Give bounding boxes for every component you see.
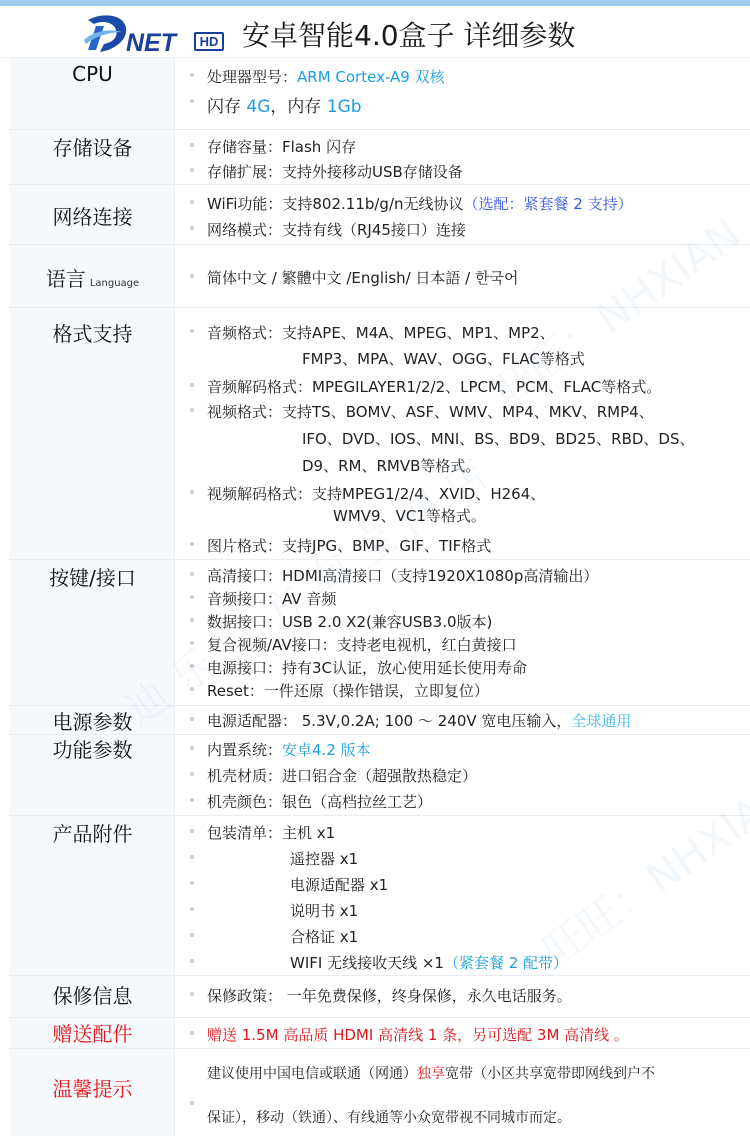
label-warranty: 保修信息 xyxy=(10,980,175,1009)
bullet-icon xyxy=(190,992,194,996)
spec-text: 遥控器 x1 xyxy=(290,848,358,869)
brand-logo: NET HD xyxy=(82,10,230,58)
label-storage: 存储设备 xyxy=(10,132,175,161)
spec-text: 支持JPG、BMP、GIF、TIF格式 xyxy=(282,537,491,555)
bullet-icon xyxy=(190,595,194,599)
bullet-icon xyxy=(190,99,194,103)
spec-text: 数据接口：USB 2.0 X2(兼容USB3.0版本) xyxy=(207,611,492,632)
page-title: 安卓智能4.0盒子 详细参数 xyxy=(242,14,575,54)
row-label: 存储设备 xyxy=(10,130,175,184)
label-network: 网络连接 xyxy=(10,201,175,230)
row-label: 按键/接口 xyxy=(10,560,175,705)
spec-text: WiFi功能：支持802.11b/g/n无线协议 xyxy=(207,195,464,213)
spec-text: 电源适配器： 5.3V,0.2A; 100 ～ 240V 宽电压输入， xyxy=(207,712,571,730)
label-ports: 按键/接口 xyxy=(10,562,175,591)
option-note: （选配：紧套餐 2 支持） xyxy=(464,195,633,213)
spec-key: 音频格式： xyxy=(207,324,282,342)
spec-text: 存储扩展：支持外接移动USB存储设备 xyxy=(207,161,463,182)
spec-text: 音频接口：AV 音频 xyxy=(207,588,336,609)
bullet-icon xyxy=(190,907,194,911)
spec-text: 复合视频/AV接口：支持老电视机，红白黄接口 xyxy=(207,634,517,655)
bullet-icon xyxy=(190,717,194,721)
label-gift: 赠送配件 xyxy=(10,1018,175,1047)
spec-row-function: 功能参数 内置系统：安卓4.2 版本 机壳材质：进口铝合金（超强散热稳定） 机壳… xyxy=(10,735,750,816)
spec-text: 支持TS、BOMV、ASF、WMV、MP4、MKV、RMP4、 xyxy=(282,403,654,421)
label-formats: 格式支持 xyxy=(10,318,175,347)
spec-text: 支持APE、M4A、MPEG、MP1、MP2、 xyxy=(282,324,555,342)
bullet-icon xyxy=(190,772,194,776)
bullet-icon xyxy=(190,798,194,802)
spec-text-continued: IFO、DVD、IOS、MNI、BS、BD9、BD25、RBD、DS、 xyxy=(302,428,695,449)
label-power: 电源参数 xyxy=(10,706,175,735)
bullet-icon xyxy=(190,1101,194,1105)
spec-key: 包装清单： xyxy=(207,824,282,842)
bullet-icon xyxy=(190,490,194,494)
bullet-icon xyxy=(190,746,194,750)
label-language: 语言 xyxy=(46,267,86,291)
ram-value: 1Gb xyxy=(327,97,362,117)
option-note: （紧套餐 2 配带） xyxy=(444,954,568,972)
bullet-icon xyxy=(190,274,194,278)
spec-row-network: 网络连接 WiFi功能：支持802.11b/g/n无线协议（选配：紧套餐 2 支… xyxy=(10,185,750,245)
bullet-icon xyxy=(190,572,194,576)
bullet-icon xyxy=(190,73,194,77)
label-tips: 温馨提示 xyxy=(10,1073,175,1102)
spec-row-gift: 赠送配件 赠送 1.5M 高品质 HDMI 高清线 1 条，另可选配 3M 高清… xyxy=(10,1018,750,1049)
label-accessories: 产品附件 xyxy=(10,818,175,847)
tips-text: 宽带（小区共享宽带即网线到户不 xyxy=(445,1066,655,1082)
spec-key: 图片格式： xyxy=(207,537,282,555)
spec-key: 内置系统： xyxy=(207,741,282,759)
bullet-icon xyxy=(190,855,194,859)
spec-value: 安卓4.2 版本 xyxy=(282,741,371,759)
bullet-icon xyxy=(190,168,194,172)
bullet-icon xyxy=(190,1031,194,1035)
tips-line-1: 建议使用中国电信或联通（网通）独享宽带（小区共享宽带即网线到户不 xyxy=(207,1063,655,1083)
spec-text-continued: D9、RM、RMVB等格式。 xyxy=(302,455,480,476)
label-language-en: Language xyxy=(90,278,139,289)
spec-text: 电源接口：持有3C认证，放心使用延长使用寿命 xyxy=(207,657,527,678)
spec-text: 机壳材质：进口铝合金（超强散热稳定） xyxy=(207,765,477,786)
spec-text: 存储容量：Flash 闪存 xyxy=(207,136,356,157)
row-label: 温馨提示 xyxy=(10,1049,175,1136)
d-swoosh-logo-icon xyxy=(82,10,130,58)
bullet-icon xyxy=(190,383,194,387)
logo-hd-badge: HD xyxy=(194,32,224,51)
tips-highlight: 独享 xyxy=(417,1066,445,1082)
bullet-icon xyxy=(190,664,194,668)
spec-value: ARM Cortex-A9 双核 xyxy=(297,68,445,86)
spec-text: 网络模式：支持有线（RJ45接口）连接 xyxy=(207,219,466,240)
spec-key: 视频解码格式： xyxy=(207,485,312,503)
label-cpu: CPU xyxy=(10,62,175,86)
row-label: 赠送配件 xyxy=(10,1018,175,1048)
flash-value: 4G xyxy=(246,97,270,117)
spec-key: 视频格式： xyxy=(207,403,282,421)
spec-text: 合格证 x1 xyxy=(290,926,358,947)
spec-row-power: 电源参数 电源适配器： 5.3V,0.2A; 100 ～ 240V 宽电压输入，… xyxy=(10,706,750,735)
bullet-icon xyxy=(190,959,194,963)
spec-text: Reset：一件还原（操作错误，立即复位） xyxy=(207,680,489,701)
spec-row-formats: 格式支持 音频格式：支持APE、M4A、MPEG、MP1、MP2、 FMP3、M… xyxy=(10,308,750,560)
row-label: 保修信息 xyxy=(10,976,175,1017)
page-header: NET HD 安卓智能4.0盒子 详细参数 xyxy=(0,6,750,58)
bullet-icon xyxy=(190,200,194,204)
spec-text: 支持MPEG1/2/4、XVID、H264、 xyxy=(312,485,545,503)
spec-text: 简体中文 / 繁體中文 /English/ 日本語 / 한국어 xyxy=(207,267,518,288)
row-label: 产品附件 xyxy=(10,816,175,975)
spec-text: 保修政策： 一年免费保修，终身保修，永久电话服务。 xyxy=(207,985,572,1006)
row-label: 网络连接 xyxy=(10,185,175,244)
row-label: 功能参数 xyxy=(10,735,175,815)
bullet-icon xyxy=(190,329,194,333)
logo-text: NET xyxy=(126,29,176,58)
spec-text: MPEGILAYER1/2/2、LPCM、PCM、FLAC等格式。 xyxy=(312,378,661,396)
spec-row-cpu: CPU 处理器型号：ARM Cortex-A9 双核 闪存 4G，内存 1Gb xyxy=(10,58,750,130)
tips-line-2: 保证），移动（铁通）、有线通等小众宽带视不同城市而定。 xyxy=(207,1107,571,1127)
bullet-icon xyxy=(190,226,194,230)
bullet-icon xyxy=(190,143,194,147)
bullet-icon xyxy=(190,933,194,937)
bullet-icon xyxy=(190,829,194,833)
spec-text-continued: FMP3、MPA、WAV、OGG、FLAC等格式 xyxy=(302,348,585,369)
row-label: 语言Language xyxy=(10,245,175,307)
spec-text: 说明书 x1 xyxy=(290,900,358,921)
spec-row-warranty: 保修信息 保修政策： 一年免费保修，终身保修，永久电话服务。 xyxy=(10,976,750,1018)
bullet-icon xyxy=(190,687,194,691)
spec-text: 机壳颜色：银色（高档拉丝工艺） xyxy=(207,791,432,812)
bullet-icon xyxy=(190,542,194,546)
row-label: 格式支持 xyxy=(10,308,175,559)
bullet-icon xyxy=(190,881,194,885)
spec-text: 赠送 1.5M 高品质 HDMI 高清线 1 条，另可选配 3M 高清线 。 xyxy=(207,1024,629,1045)
row-label: CPU xyxy=(10,58,175,129)
spec-text: 电源适配器 x1 xyxy=(290,874,388,895)
spec-key: 闪存 xyxy=(207,97,246,117)
spec-text: WIFI 无线接收天线 ×1 xyxy=(290,954,444,972)
spec-text: 高清接口：HDMI高清接口（支持1920X1080p高清输出） xyxy=(207,565,598,586)
spec-row-accessories: 产品附件 包装清单：主机 x1 遥控器 x1 电源适配器 x1 说明书 x1 合… xyxy=(10,816,750,976)
spec-row-ports: 按键/接口 高清接口：HDMI高清接口（支持1920X1080p高清输出） 音频… xyxy=(10,560,750,706)
spec-text: 主机 x1 xyxy=(282,824,335,842)
row-label: 电源参数 xyxy=(10,706,175,734)
spec-key: 处理器型号： xyxy=(207,68,297,86)
spec-key: ，内存 xyxy=(270,97,326,117)
bullet-icon xyxy=(190,641,194,645)
spec-row-storage: 存储设备 存储容量：Flash 闪存 存储扩展：支持外接移动USB存储设备 xyxy=(10,130,750,185)
bullet-icon xyxy=(190,408,194,412)
spec-text-continued: WMV9、VC1等格式。 xyxy=(333,505,486,526)
spec-row-tips: 温馨提示 建议使用中国电信或联通（网通）独享宽带（小区共享宽带即网线到户不 保证… xyxy=(10,1049,750,1136)
label-function: 功能参数 xyxy=(10,734,175,763)
spec-row-language: 语言Language 简体中文 / 繁體中文 /English/ 日本語 / 한… xyxy=(10,245,750,308)
spec-key: 音频解码格式： xyxy=(207,378,312,396)
highlight-text: 全球通用 xyxy=(571,712,631,730)
tips-text: 建议使用中国电信或联通（网通） xyxy=(207,1066,417,1082)
bullet-icon xyxy=(190,618,194,622)
